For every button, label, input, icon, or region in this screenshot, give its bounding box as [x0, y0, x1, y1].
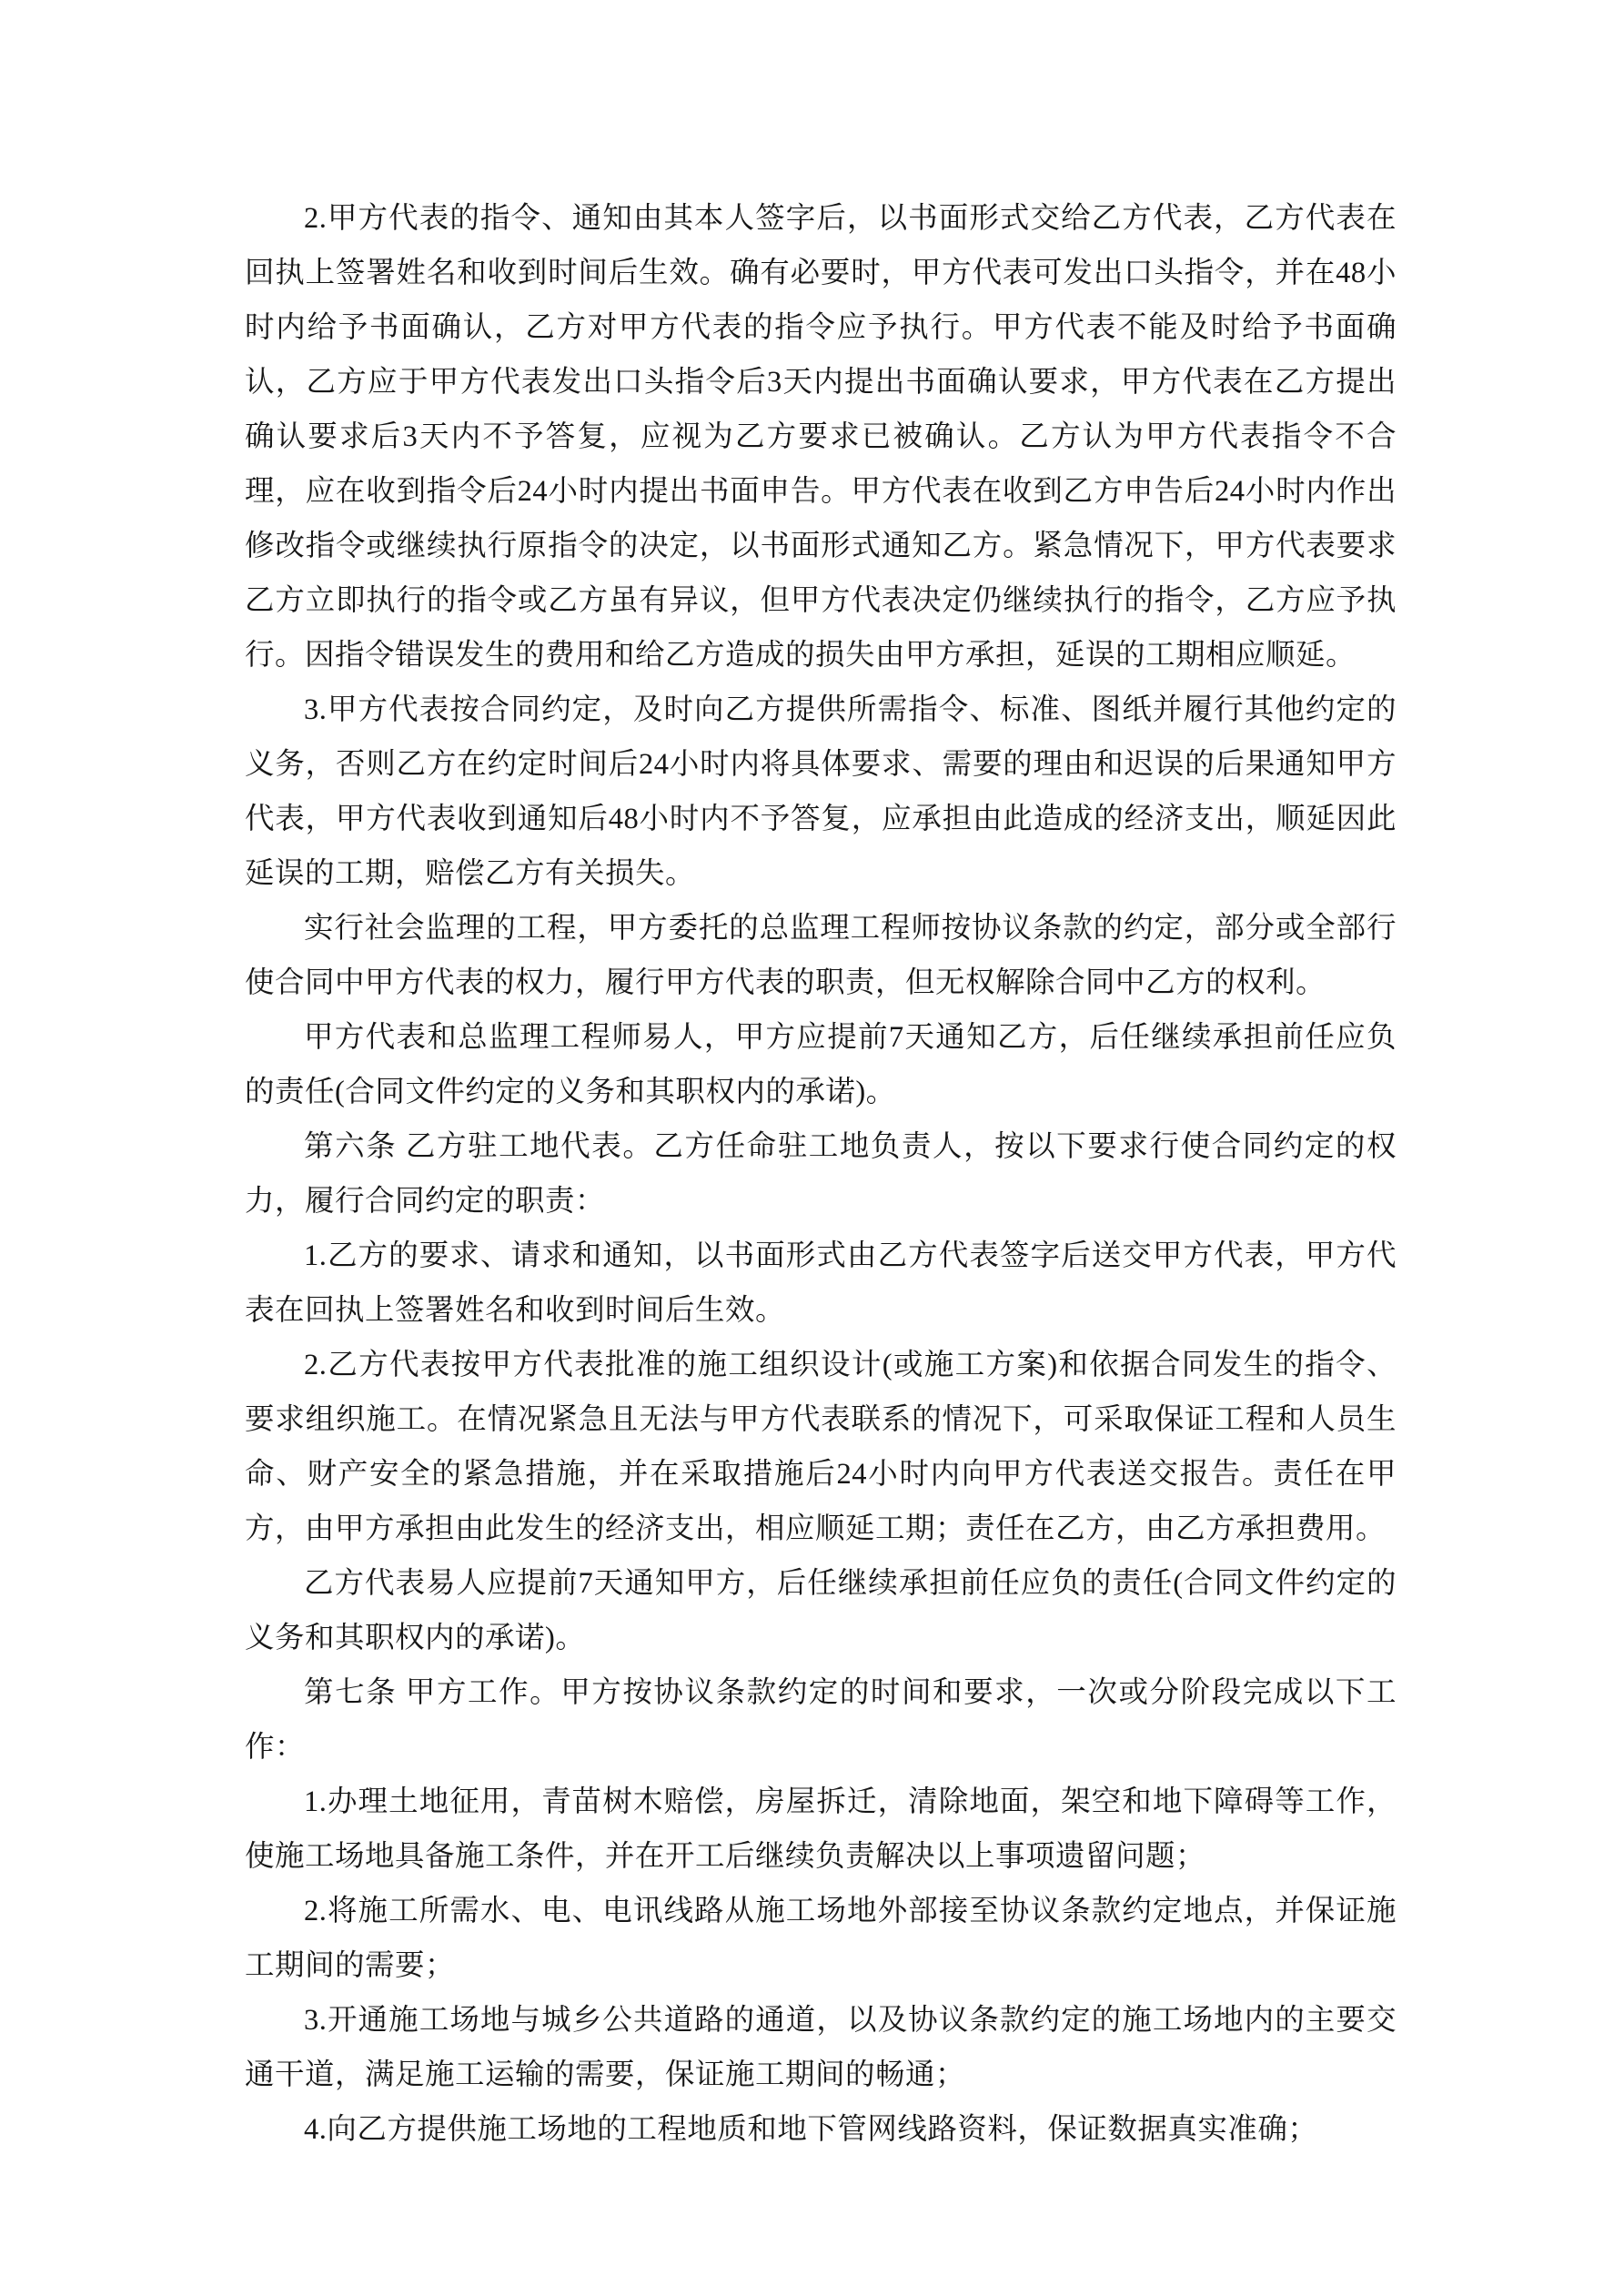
paragraph: 第七条 甲方工作。甲方按协议条款约定的时间和要求，一次或分阶段完成以下工作：	[245, 1665, 1397, 1775]
paragraph: 4.向乙方提供施工场地的工程地质和地下管网线路资料，保证数据真实准确；	[245, 2102, 1397, 2157]
paragraph: 实行社会监理的工程，甲方委托的总监理工程师按协议条款的约定，部分或全部行使合同中…	[245, 901, 1397, 1010]
paragraph: 甲方代表和总监理工程师易人，甲方应提前7天通知乙方，后任继续承担前任应负的责任(…	[245, 1010, 1397, 1119]
paragraph: 第六条 乙方驻工地代表。乙方任命驻工地负责人，按以下要求行使合同约定的权力，履行…	[245, 1119, 1397, 1229]
paragraph: 3.开通施工场地与城乡公共道路的通道，以及协议条款约定的施工场地内的主要交通干道…	[245, 1993, 1397, 2102]
paragraph: 3.甲方代表按合同约定，及时向乙方提供所需指令、标准、图纸并履行其他约定的义务，…	[245, 683, 1397, 901]
document-page: 2.甲方代表的指令、通知由其本人签字后，以书面形式交给乙方代表，乙方代表在回执上…	[0, 0, 1624, 2296]
paragraph: 1.乙方的要求、请求和通知，以书面形式由乙方代表签字后送交甲方代表，甲方代表在回…	[245, 1229, 1397, 1338]
paragraph: 1.办理土地征用，青苗树木赔偿，房屋拆迁，清除地面，架空和地下障碍等工作，使施工…	[245, 1775, 1397, 1884]
paragraph: 2.甲方代表的指令、通知由其本人签字后，以书面形式交给乙方代表，乙方代表在回执上…	[245, 191, 1397, 683]
paragraph: 乙方代表易人应提前7天通知甲方，后任继续承担前任应负的责任(合同文件约定的义务和…	[245, 1556, 1397, 1665]
text-content: 2.甲方代表的指令、通知由其本人签字后，以书面形式交给乙方代表，乙方代表在回执上…	[245, 191, 1397, 2157]
paragraph: 2.乙方代表按甲方代表批准的施工组织设计(或施工方案)和依据合同发生的指令、要求…	[245, 1338, 1397, 1556]
paragraph: 2.将施工所需水、电、电讯线路从施工场地外部接至协议条款约定地点，并保证施工期间…	[245, 1884, 1397, 1993]
